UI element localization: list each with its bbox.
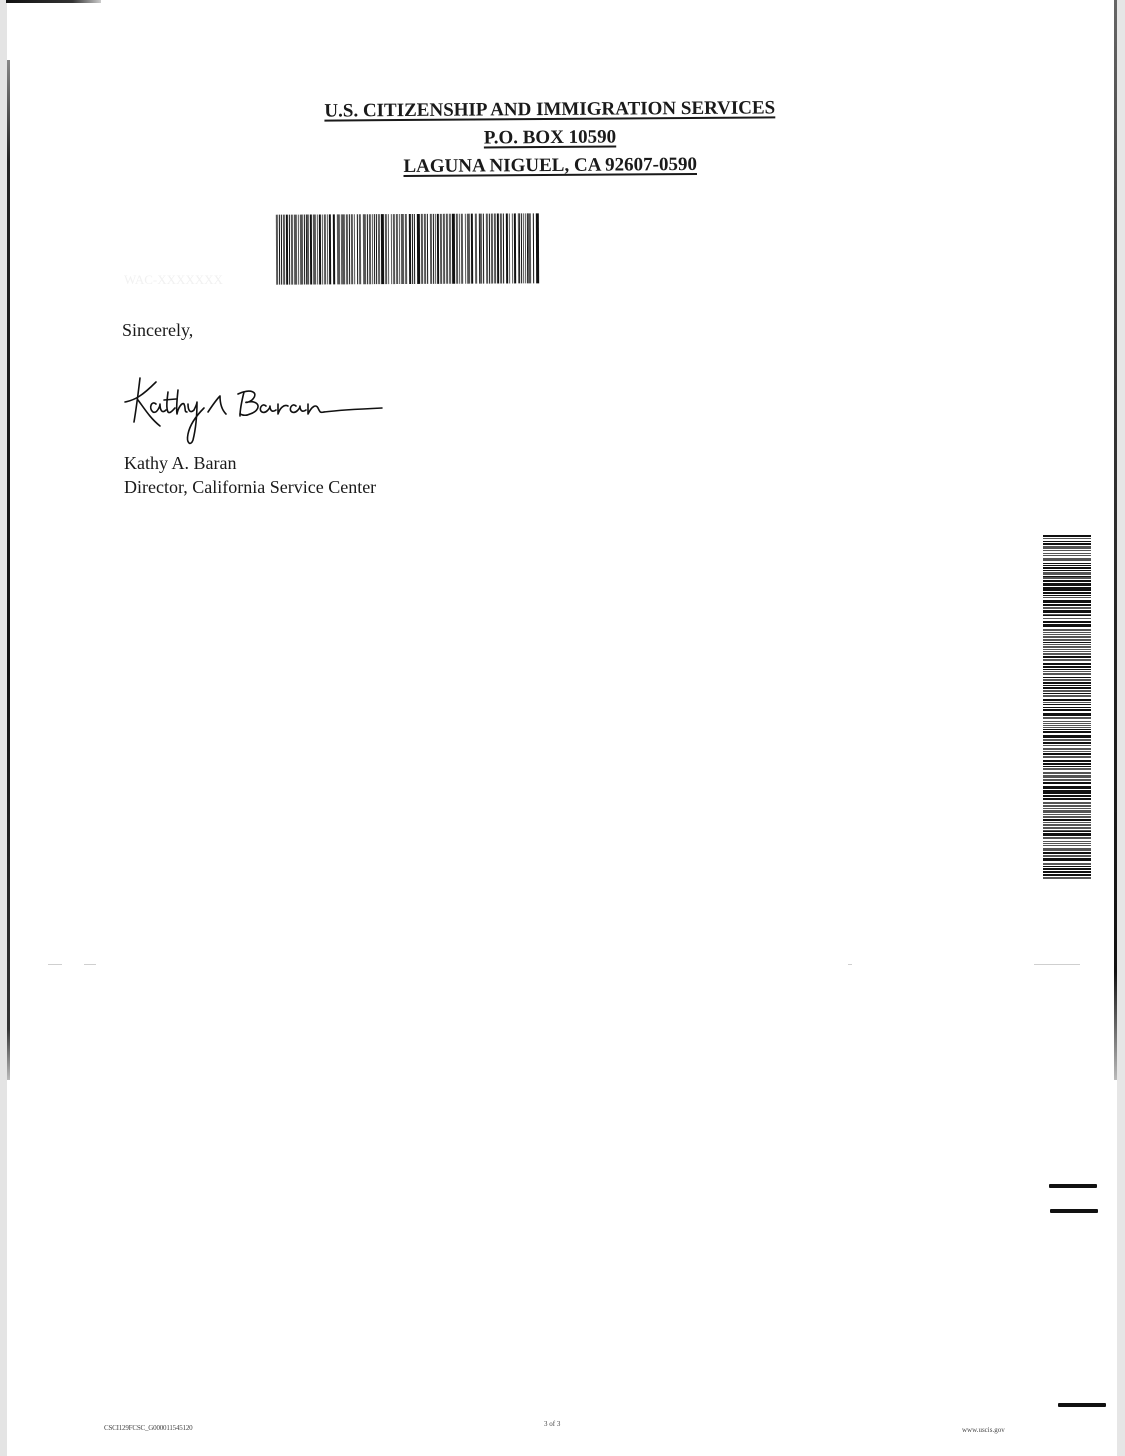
closing-salutation: Sincerely, [122,320,193,341]
scan-edge-left [0,0,7,1456]
barcode-icon [1043,535,1091,881]
scan-registration-mark [1050,1209,1098,1213]
website-link[interactable]: www.uscis.gov [962,1426,1005,1434]
scan-shadow-right [1114,0,1117,1080]
scan-speck [1034,964,1080,965]
scan-registration-mark [1049,1184,1097,1188]
page-number: 3 of 3 [544,1420,560,1428]
scan-shadow-left [7,60,10,1080]
agency-name: U.S. CITIZENSHIP AND IMMIGRATION SERVICE… [324,97,775,121]
scan-shadow-top [6,0,101,3]
po-box: P.O. BOX 10590 [484,127,616,149]
barcode-icon [276,213,540,284]
city-state-zip: LAGUNA NIGUEL, CA 92607-0590 [403,154,697,177]
signature-icon [120,370,390,450]
letterhead: U.S. CITIZENSHIP AND IMMIGRATION SERVICE… [300,94,801,181]
signer-name: Kathy A. Baran [124,451,236,475]
scan-speck [848,964,852,965]
faint-receipt-number: WAC-XXXXXXX [124,272,223,288]
scan-edge-right [1117,0,1125,1456]
scan-registration-mark [1058,1403,1106,1407]
form-code: CSCI129FCSC_G000011545120 [104,1424,192,1432]
scan-speck [48,964,62,965]
signer-title: Director, California Service Center [124,475,376,499]
scan-speck [84,964,96,965]
